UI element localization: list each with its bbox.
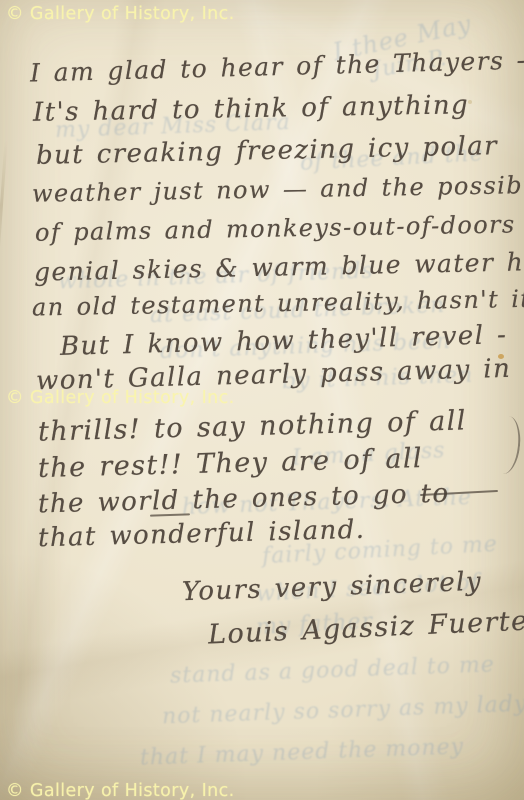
paper-stain — [468, 100, 472, 104]
watermark-bottom: © Gallery of History, Inc. — [6, 781, 235, 800]
watermark-top: © Gallery of History, Inc. — [6, 4, 235, 24]
letter-line: of palms and monkeys-out-of-doors and — [35, 211, 524, 244]
watermark-middle: © Gallery of History, Inc. — [6, 388, 235, 408]
paper-stain — [498, 354, 504, 359]
letter-line: genial skies & warm blue water have — [34, 248, 524, 284]
letter-line: weather just now — and the possibility — [32, 172, 524, 205]
letter-line: an old testament unreality, hasn't it? — [32, 287, 524, 320]
letter-closing: Yours very sincerely — [182, 569, 483, 605]
letter-line: I am glad to hear of the Thayers - — [30, 48, 524, 86]
pen-flourish — [489, 415, 523, 476]
bleedthrough-script: that I may need the money — [140, 734, 465, 770]
signature: Louis Agassiz Fuertes. — [208, 606, 524, 648]
bleedthrough-script: not nearly so sorry as my lady — [162, 692, 524, 730]
letter-page: © Gallery of History, Inc. © Gallery of … — [0, 0, 524, 800]
paper-crease — [0, 140, 8, 270]
bleedthrough-script: stand as a good deal to me — [170, 652, 496, 688]
letter-line: the rest!! They are of all — [38, 445, 424, 482]
letter-line: It's hard to think of anything — [33, 92, 469, 126]
